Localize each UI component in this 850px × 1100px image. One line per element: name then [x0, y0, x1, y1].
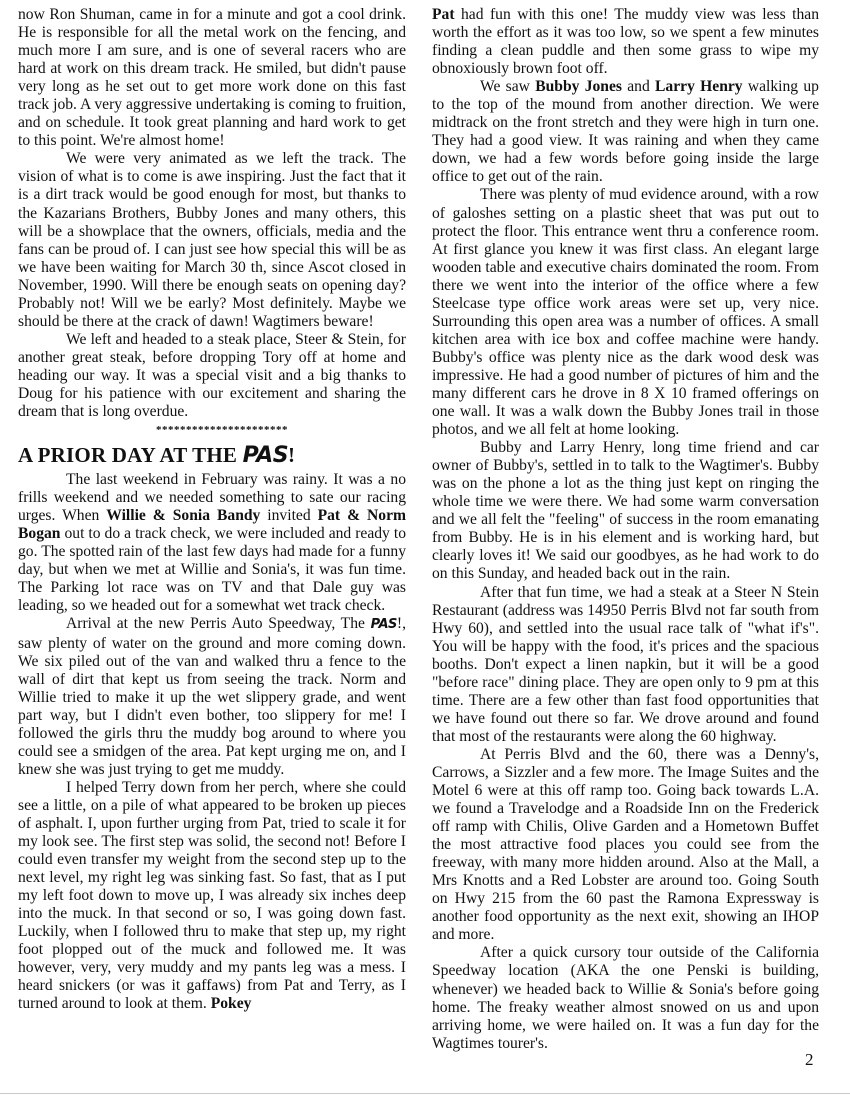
name-pokey: Pokey [211, 995, 252, 1012]
text-run: out to do a track check, we were include… [18, 525, 406, 614]
text-run: had fun with this one! The muddy view wa… [432, 6, 819, 77]
name-bubby-jones: Bubby Jones [535, 78, 622, 95]
section-separator: ********************** [18, 421, 406, 439]
left-column: now Ron Shuman, came in for a minute and… [18, 6, 406, 1013]
paragraph-rainy-weekend: The last weekend in February was rainy. … [18, 471, 406, 615]
paragraph-california-speedway: After a quick cursory tour outside of th… [432, 944, 819, 1052]
paragraph-muddy-step: I helped Terry down from her perch, wher… [18, 779, 406, 1014]
name-larry-henry: Larry Henry [655, 78, 743, 95]
text-run: I helped Terry down from her perch, wher… [18, 779, 406, 1013]
text-run: Arrival at the new Perris Auto Speedway,… [66, 615, 371, 632]
pas-logo-icon: PAS [243, 443, 288, 468]
paragraph-steer-stein: We left and headed to a steak place, Ste… [18, 331, 406, 421]
text-run: and [622, 78, 655, 95]
pas-logo-icon: PAS [371, 617, 397, 632]
paragraph-office-tour: There was plenty of mud evidence around,… [432, 186, 819, 439]
page-number: 2 [805, 1050, 814, 1070]
text-run: We saw [480, 78, 535, 95]
paragraph-food-places: At Perris Blvd and the 60, there was a D… [432, 746, 819, 945]
paragraph-bubby-larry: We saw Bubby Jones and Larry Henry walki… [432, 78, 819, 186]
paragraph-pat-fun: Pat had fun with this one! The muddy vie… [432, 6, 819, 78]
right-column: Pat had fun with this one! The muddy vie… [432, 6, 819, 1053]
paragraph-leaving-track: We were very animated as we left the tra… [18, 150, 406, 330]
paragraph-steak-restaurant: After that fun time, we had a steak at a… [432, 584, 819, 746]
heading-exclamation: ! [288, 443, 295, 467]
page-bottom-edge [0, 1093, 850, 1094]
paragraph-wagtimers-talk: Bubby and Larry Henry, long time friend … [432, 439, 819, 583]
text-run: !, saw plenty of water on the ground and… [18, 615, 406, 777]
heading-text: A PRIOR DAY AT THE [18, 443, 243, 467]
paragraph-ron-shuman: now Ron Shuman, came in for a minute and… [18, 6, 406, 150]
name-pat: Pat [432, 6, 455, 23]
name-willie-sonia-bandy: Willie & Sonia Bandy [106, 507, 260, 524]
text-run: invited [260, 507, 317, 524]
paragraph-arrival: Arrival at the new Perris Auto Speedway,… [18, 615, 406, 778]
article-heading: A PRIOR DAY AT THE PAS! [18, 440, 406, 471]
